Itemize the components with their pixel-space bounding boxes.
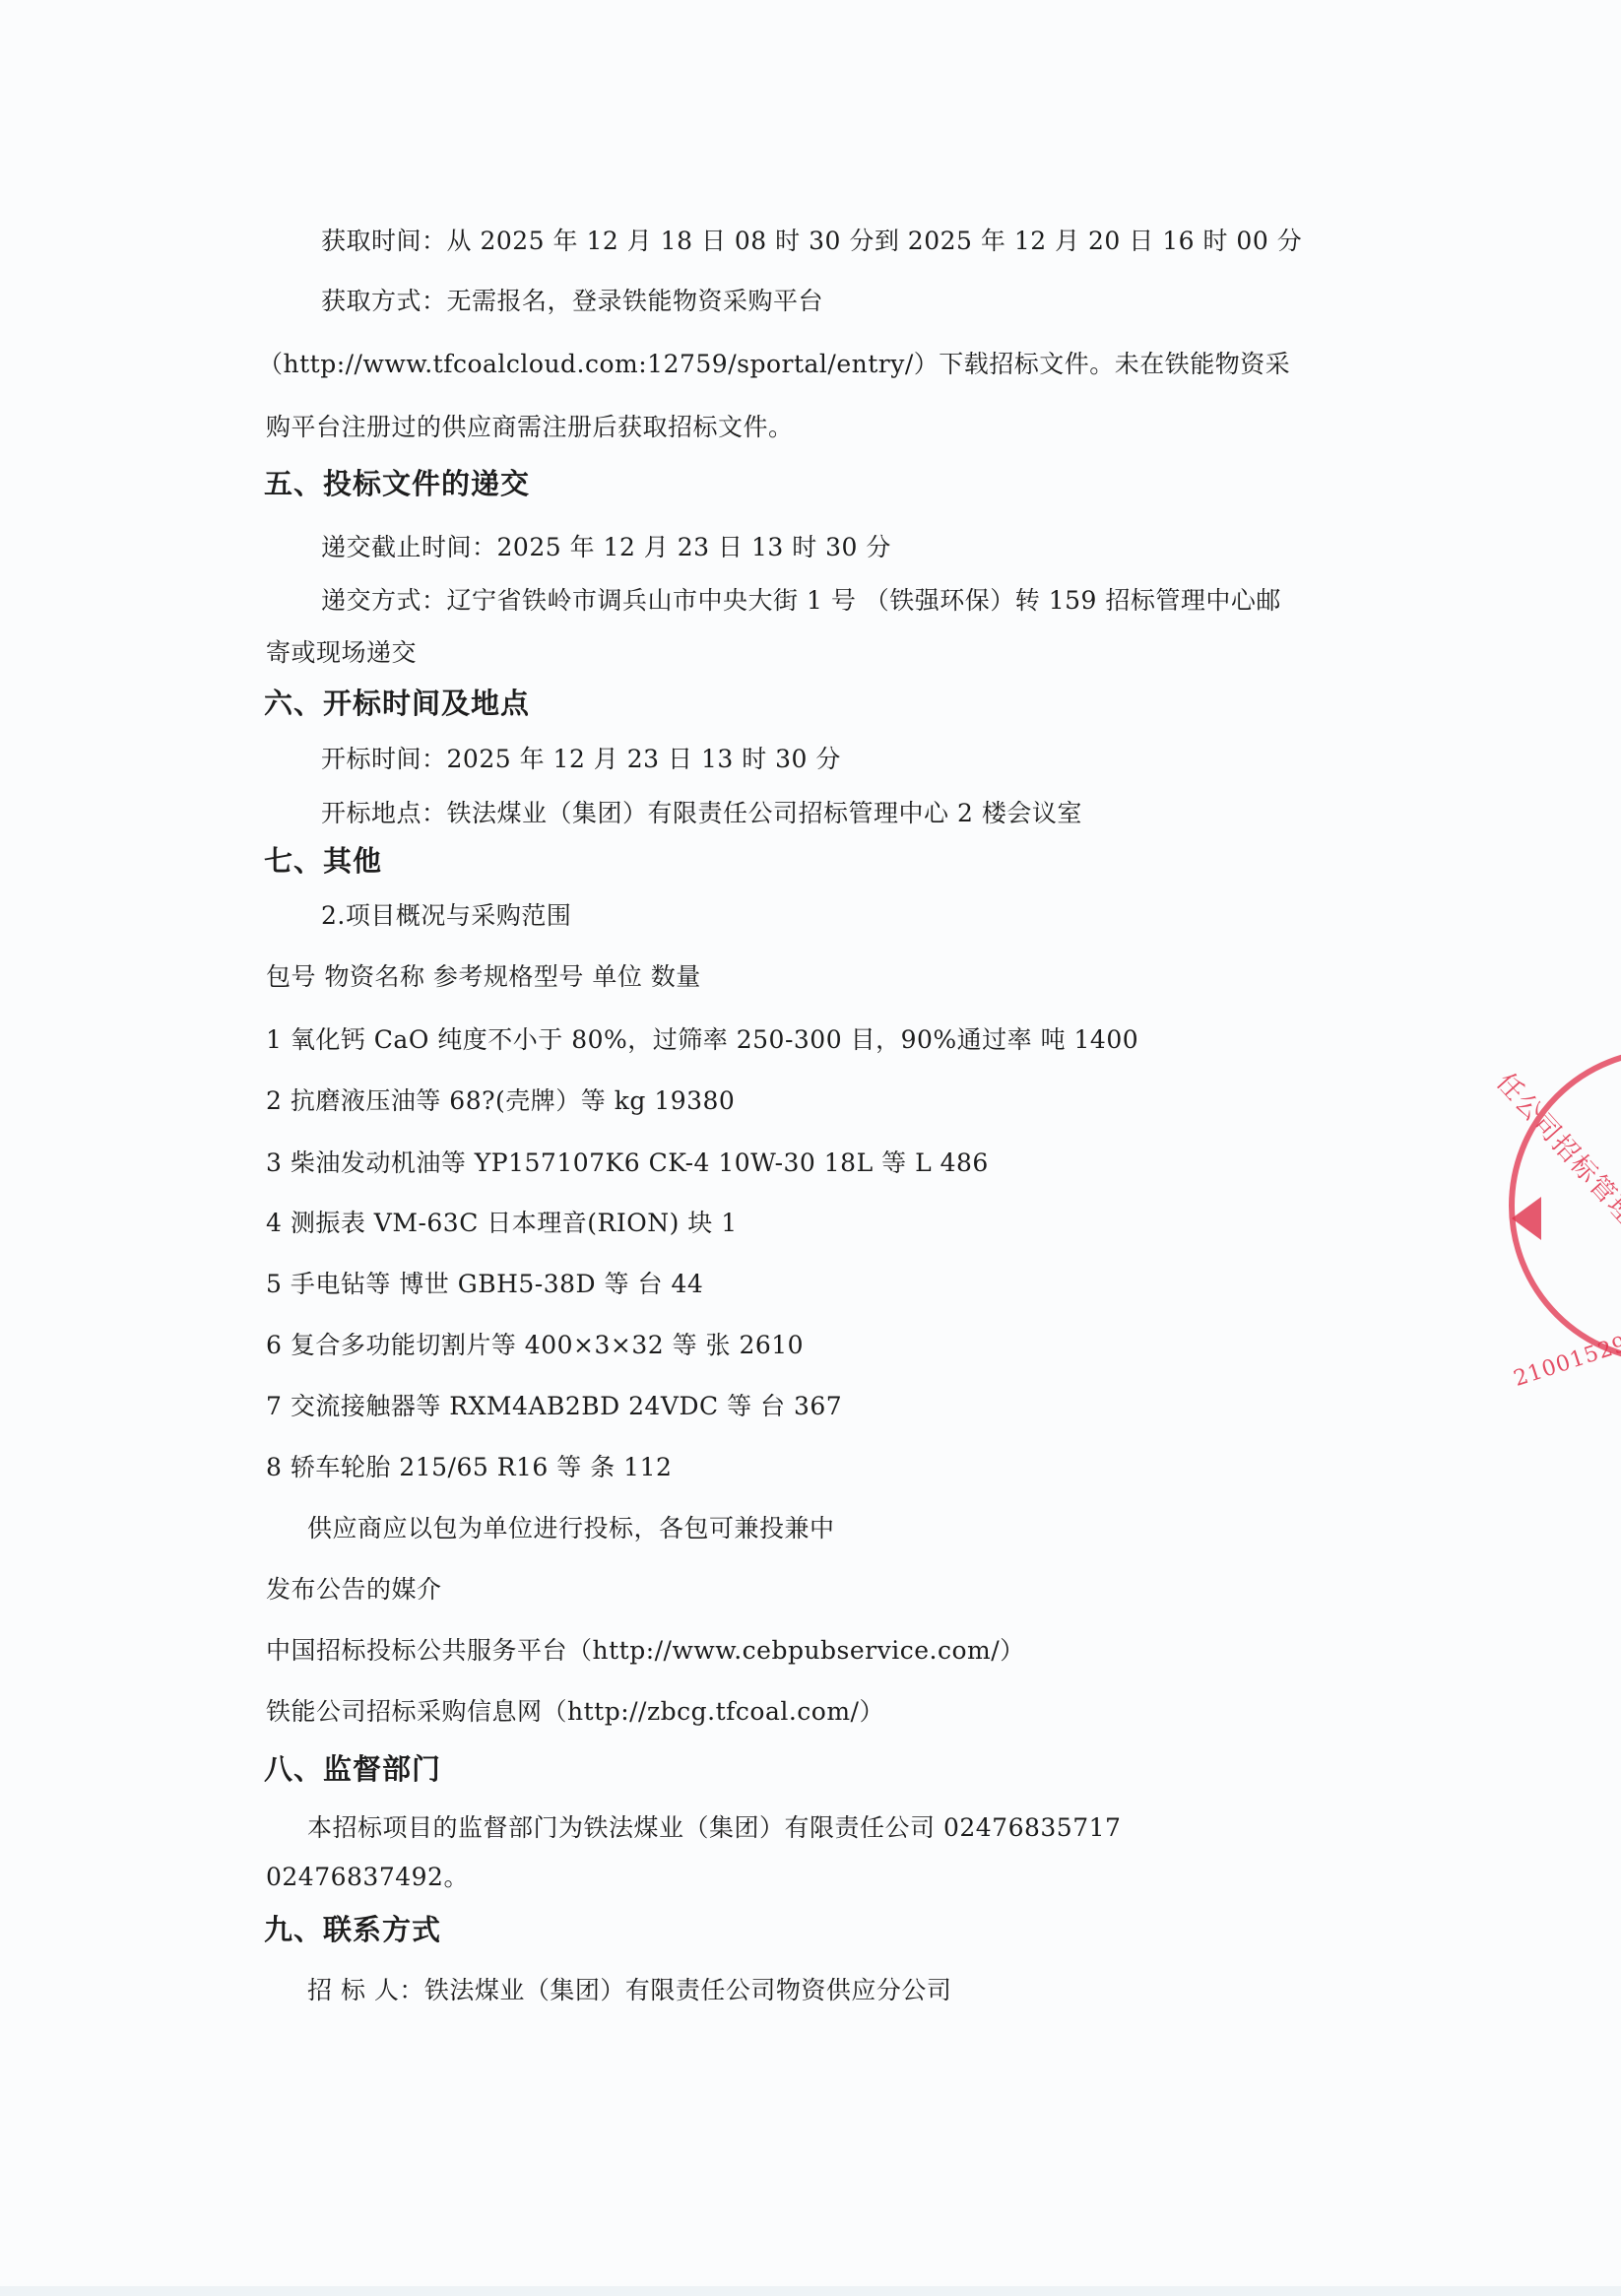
items-table-row: 4 测振表 VM-63C 日本理音(RION) 块 1 [266, 1208, 738, 1239]
tenderer-label: 招 标 人： [307, 1976, 424, 2004]
tenderer-line: 招 标 人：铁法煤业（集团）有限责任公司物资供应分公司 [307, 1975, 951, 2006]
acquire-time-label: 获取时间： [321, 227, 447, 255]
items-table-row: 1 氧化钙 CaO 纯度不小于 80%，过筛率 250-300 目，90%通过率… [266, 1024, 1138, 1056]
submit-method-label: 递交方式： [321, 586, 447, 615]
submit-method-continuation: 寄或现场递交 [266, 637, 417, 669]
items-table-row: 2 抗磨液压油等 68?(壳牌）等 kg 19380 [266, 1085, 735, 1117]
opening-place-value: 铁法煤业（集团）有限责任公司招标管理中心 2 楼会议室 [447, 799, 1082, 827]
opening-place-label: 开标地点： [321, 799, 447, 827]
items-table-row: 6 复合多功能切割片等 400×3×32 等 张 2610 [266, 1330, 804, 1361]
items-table-row: 7 交流接触器等 RXM4AB2BD 24VDC 等 台 367 [266, 1391, 842, 1422]
supervision-text: 本招标项目的监督部门为铁法煤业（集团）有限责任公司 02476835717 [307, 1812, 1121, 1844]
items-table-row: 5 手电钻等 博世 GBH5-38D 等 台 44 [266, 1269, 703, 1300]
acquire-method-value: 无需报名，登录铁能物资采购平台 [447, 287, 824, 315]
section-9-heading: 九、联系方式 [264, 1914, 441, 1945]
opening-time-label: 开标时间： [321, 745, 447, 773]
deadline-label: 递交截止时间： [321, 533, 497, 561]
deadline-line: 递交截止时间：2025 年 12 月 23 日 13 时 30 分 [321, 532, 891, 563]
section-8-heading: 八、监督部门 [264, 1753, 441, 1785]
seal-number: 21001529 [1511, 1332, 1621, 1392]
media-title: 发布公告的媒介 [266, 1574, 442, 1606]
acquire-method-line: 获取方式：无需报名，登录铁能物资采购平台 [321, 286, 823, 317]
scan-edge-strip [0, 2286, 1621, 2296]
project-overview-subheading: 2.项目概况与采购范围 [321, 900, 571, 932]
items-table-header: 包号 物资名称 参考规格型号 单位 数量 [266, 961, 701, 993]
section-5-heading: 五、投标文件的递交 [264, 468, 530, 499]
deadline-value: 2025 年 12 月 23 日 13 时 30 分 [497, 533, 891, 561]
tenderer-value: 铁法煤业（集团）有限责任公司物资供应分公司 [424, 1976, 952, 2004]
opening-time-value: 2025 年 12 月 23 日 13 时 30 分 [447, 745, 841, 773]
acquire-time-value: 从 2025 年 12 月 18 日 08 时 30 分到 2025 年 12 … [447, 227, 1303, 255]
seal-star-icon [1512, 1197, 1541, 1240]
submit-method-line: 递交方式：辽宁省铁岭市调兵山市中央大街 1 号 （铁强环保）转 159 招标管理… [321, 585, 1281, 617]
opening-time-line: 开标时间：2025 年 12 月 23 日 13 时 30 分 [321, 744, 841, 775]
submit-method-value: 辽宁省铁岭市调兵山市中央大街 1 号 （铁强环保）转 159 招标管理中心邮 [447, 586, 1281, 615]
acquire-method-label: 获取方式： [321, 287, 447, 315]
media-link-tfcoal[interactable]: 铁能公司招标采购信息网（http://zbcg.tfcoal.com/） [266, 1696, 884, 1728]
media-link-cebpubservice[interactable]: 中国招标投标公共服务平台（http://www.cebpubservice.co… [266, 1635, 1025, 1667]
opening-place-line: 开标地点：铁法煤业（集团）有限责任公司招标管理中心 2 楼会议室 [321, 798, 1082, 829]
bid-note: 供应商应以包为单位进行投标，各包可兼投兼中 [307, 1513, 835, 1544]
document-page: 获取时间：从 2025 年 12 月 18 日 08 时 30 分到 2025 … [0, 0, 1621, 2296]
acquire-method-url-line: （http://www.tfcoalcloud.com:12759/sporta… [258, 349, 1290, 380]
supervision-text-continuation: 02476837492。 [266, 1862, 469, 1893]
section-6-heading: 六、开标时间及地点 [264, 688, 530, 719]
items-table-row: 8 轿车轮胎 215/65 R16 等 条 112 [266, 1452, 672, 1483]
acquire-method-continuation: 购平台注册过的供应商需注册后获取招标文件。 [266, 412, 794, 443]
items-table-row: 3 柴油发动机油等 YP157107K6 CK-4 10W-30 18L 等 L… [266, 1148, 989, 1179]
acquire-time-line: 获取时间：从 2025 年 12 月 18 日 08 时 30 分到 2025 … [321, 226, 1302, 257]
section-7-heading: 七、其他 [264, 845, 382, 877]
